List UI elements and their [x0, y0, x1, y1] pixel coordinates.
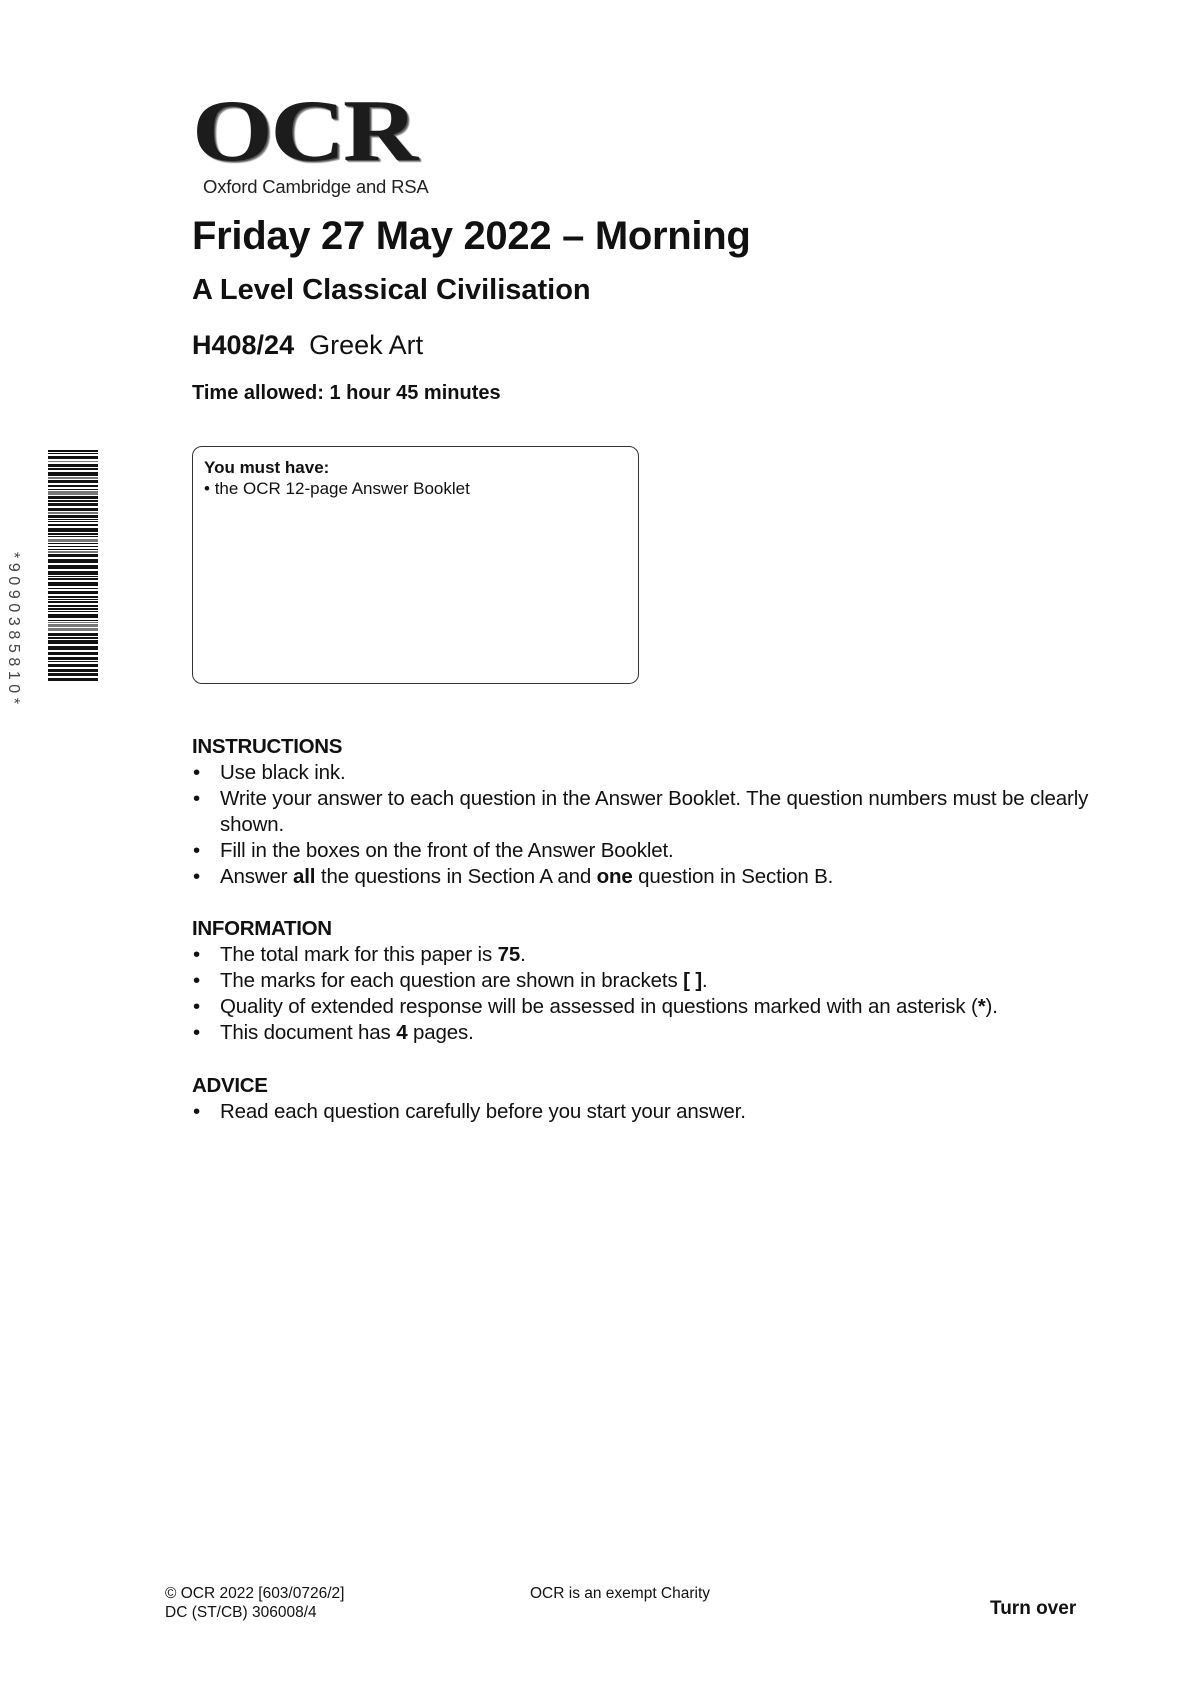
- barcode-text: *9090385810*: [4, 552, 22, 784]
- bullet-icon: •: [193, 942, 200, 968]
- instructions-list: •Use black ink.•Write your answer to eac…: [192, 760, 1092, 890]
- list-item: •Write your answer to each question in t…: [192, 786, 1092, 838]
- copyright-text: © OCR 2022 [603/0726/2]: [165, 1584, 344, 1603]
- list-item: •Fill in the boxes on the front of the A…: [192, 838, 1092, 864]
- bullet-icon: •: [193, 760, 200, 786]
- time-allowed: Time allowed: 1 hour 45 minutes: [192, 380, 501, 406]
- bullet-icon: •: [193, 1020, 200, 1046]
- bullet-icon: •: [193, 968, 200, 994]
- charity-statement: OCR is an exempt Charity: [530, 1584, 710, 1603]
- bullet-icon: •: [193, 786, 200, 812]
- paper-name: Greek Art: [309, 330, 423, 360]
- bullet-icon: •: [193, 994, 200, 1020]
- list-item: •Quality of extended response will be as…: [192, 994, 1092, 1020]
- bullet-icon: •: [193, 1099, 200, 1125]
- list-item: •The marks for each question are shown i…: [192, 968, 1092, 994]
- document-reference: DC (ST/CB) 306008/4: [165, 1603, 344, 1622]
- instructions-heading: INSTRUCTIONS: [192, 734, 1092, 760]
- bullet-icon: •: [204, 479, 210, 498]
- you-must-have-item: • the OCR 12-page Answer Booklet: [204, 478, 627, 500]
- you-must-have-item-text: the OCR 12-page Answer Booklet: [215, 479, 470, 498]
- you-must-have-title: You must have:: [204, 457, 627, 478]
- list-item: •Read each question carefully before you…: [192, 1099, 1092, 1125]
- paper-code: H408/24: [192, 330, 294, 360]
- paper-code-line: H408/24 Greek Art: [192, 328, 423, 362]
- information-section: INFORMATION •The total mark for this pap…: [192, 916, 1092, 1046]
- list-item: •Answer all the questions in Section A a…: [192, 864, 1092, 890]
- exam-date-title: Friday 27 May 2022 – Morning: [192, 212, 750, 260]
- bullet-icon: •: [193, 838, 200, 864]
- ocr-logo: OCR: [192, 88, 416, 176]
- advice-heading: ADVICE: [192, 1073, 1092, 1099]
- ocr-logo-tagline: Oxford Cambridge and RSA: [203, 176, 429, 198]
- advice-list: •Read each question carefully before you…: [192, 1099, 1092, 1125]
- bullet-icon: •: [193, 864, 200, 890]
- information-list: •The total mark for this paper is 75.•Th…: [192, 942, 1092, 1046]
- barcode: [48, 450, 98, 682]
- you-must-have-box: You must have: • the OCR 12-page Answer …: [192, 446, 639, 684]
- qualification-title: A Level Classical Civilisation: [192, 272, 591, 308]
- list-item: •Use black ink.: [192, 760, 1092, 786]
- footer-left: © OCR 2022 [603/0726/2] DC (ST/CB) 30600…: [165, 1584, 344, 1622]
- advice-section: ADVICE •Read each question carefully bef…: [192, 1073, 1092, 1125]
- information-heading: INFORMATION: [192, 916, 1092, 942]
- instructions-section: INSTRUCTIONS •Use black ink.•Write your …: [192, 734, 1092, 890]
- list-item: •This document has 4 pages.: [192, 1020, 1092, 1046]
- turn-over-label: Turn over: [990, 1597, 1076, 1621]
- list-item: •The total mark for this paper is 75.: [192, 942, 1092, 968]
